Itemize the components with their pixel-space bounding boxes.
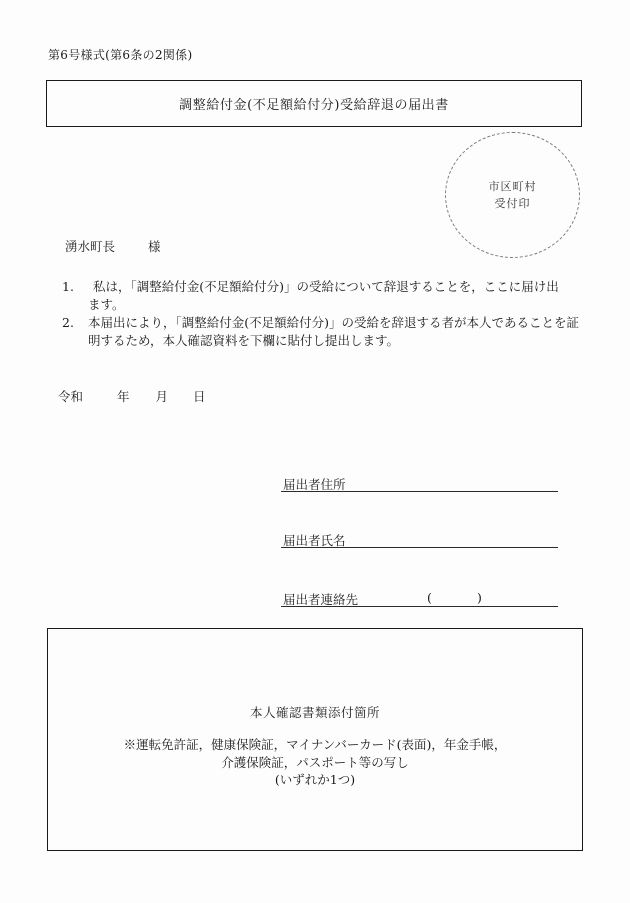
attachment-note-line3: (いずれか1つ) xyxy=(48,771,582,789)
applicant-address-label: 届出者住所 xyxy=(283,475,346,493)
form-title-box: 調整給付金(不足額給付分)受給辞退の届出書 xyxy=(46,80,582,127)
stamp-text-line2: 受付印 xyxy=(495,195,531,212)
attachment-box-heading: 本人確認書類添付箇所 xyxy=(48,703,582,721)
notice-item-2: 2. 本届出により，「調整給付金(不足額給付分)」の受給を辞退する者が本人である… xyxy=(62,314,572,350)
receipt-stamp-circle: 市区町村 受付印 xyxy=(445,132,580,258)
addressee-line: 湧水町長様 xyxy=(65,237,161,255)
field-applicant-contact: 届出者連絡先 ( ) xyxy=(281,589,558,607)
stamp-text-line1: 市区町村 xyxy=(489,178,537,195)
applicant-name-label: 届出者氏名 xyxy=(283,531,346,549)
applicant-address-input[interactable] xyxy=(366,474,558,491)
attachment-box-note: ※運転免許証，健康保険証，マイナンバーカード(表面)，年金手帳， 介護保険証，パ… xyxy=(48,736,582,789)
date-line: 令和年月日 xyxy=(58,387,206,405)
notice-item-1-body: 私は，「調整給付金(不足額給付分)」の受給について辞退することを，ここに届け出 … xyxy=(88,278,572,314)
notice-item-2-body: 本届出により，「調整給付金(不足額給付分)」の受給を辞退する者が本人であることを… xyxy=(88,314,572,350)
notice-item-1-line2: ます。 xyxy=(88,296,572,314)
addressee-honorific: 様 xyxy=(148,239,161,254)
field-applicant-name: 届出者氏名 xyxy=(281,530,558,548)
notice-item-1: 1. 私は，「調整給付金(不足額給付分)」の受給について辞退することを，ここに届… xyxy=(62,278,572,314)
notice-item-2-line2: 明するため，本人確認資料を下欄に貼付し提出します。 xyxy=(88,332,572,350)
form-title: 調整給付金(不足額給付分)受給辞退の届出書 xyxy=(179,94,449,113)
addressee-name: 湧水町長 xyxy=(65,239,115,254)
notice-item-2-line1: 本届出により，「調整給付金(不足額給付分)」の受給を辞退する者が本人であることを… xyxy=(88,314,572,332)
date-era-label: 令和 xyxy=(58,389,83,404)
attachment-note-line2: 介護保険証，パスポート等の写し xyxy=(48,754,582,772)
date-year-label: 年 xyxy=(117,389,130,404)
field-applicant-address: 届出者住所 xyxy=(281,474,558,492)
attachment-note-line1: ※運転免許証，健康保険証，マイナンバーカード(表面)，年金手帳， xyxy=(48,736,582,754)
date-month-label: 月 xyxy=(156,389,169,404)
attachment-box: 本人確認書類添付箇所 ※運転免許証，健康保険証，マイナンバーカード(表面)，年金… xyxy=(47,628,583,851)
notice-item-1-line1: 私は，「調整給付金(不足額給付分)」の受給について辞退することを，ここに届け出 xyxy=(88,278,572,296)
notice-item-2-number: 2. xyxy=(62,314,88,350)
form-page: 第6号様式(第6条の2関係) 調整給付金(不足額給付分)受給辞退の届出書 市区町… xyxy=(0,0,630,903)
date-day-label: 日 xyxy=(193,389,206,404)
applicant-name-input[interactable] xyxy=(366,530,558,547)
form-number: 第6号様式(第6条の2関係) xyxy=(48,46,192,63)
notice-item-1-number: 1. xyxy=(62,278,88,314)
applicant-contact-label: 届出者連絡先 xyxy=(283,590,358,608)
applicant-contact-input[interactable] xyxy=(366,589,558,606)
